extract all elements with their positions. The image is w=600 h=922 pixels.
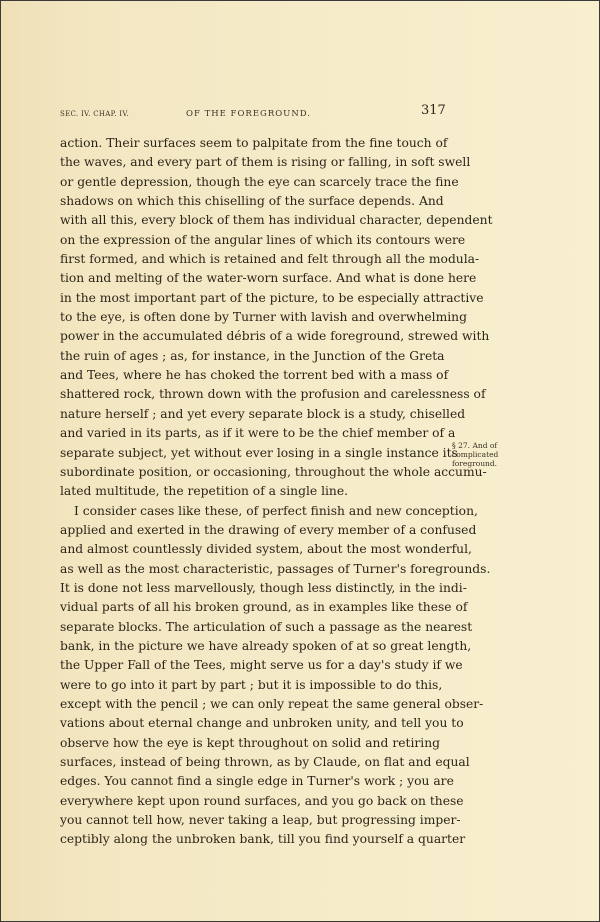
text-line: the waves, and every part of them is ris…: [60, 153, 440, 172]
margin-note-line: complicated: [452, 450, 542, 459]
text-line: shadows on which this chiselling of the …: [60, 192, 440, 211]
margin-note-line: § 27. And of: [452, 441, 542, 450]
page-number: 317: [421, 103, 446, 118]
text-line: the ruin of ages ; as, for instance, in …: [60, 347, 440, 366]
text-line: first formed, and which is retained and …: [60, 250, 440, 269]
text-line: edges. You cannot find a single edge in …: [60, 772, 440, 791]
running-head: SEC. IV. CHAP. IV. OF THE FOREGROUND. 31…: [60, 107, 440, 125]
text-line: and almost countlessly divided system, a…: [60, 540, 440, 559]
text-line: on the expression of the angular lines o…: [60, 231, 440, 250]
body-text: action. Their surfaces seem to palpitate…: [60, 134, 440, 850]
text-line: vidual parts of all his broken ground, a…: [60, 598, 440, 617]
text-line: ceptibly along the unbroken bank, till y…: [60, 830, 440, 849]
text-line: and varied in its parts, as if it were t…: [60, 424, 440, 443]
text-line: with all this, every block of them has i…: [60, 211, 440, 230]
chapter-title: OF THE FOREGROUND.: [186, 109, 311, 119]
text-line: lated multitude, the repetition of a sin…: [60, 482, 440, 501]
text-line: separate blocks. The articulation of suc…: [60, 618, 440, 637]
margin-note: § 27. And of complicated foreground.: [452, 441, 542, 468]
text-line: action. Their surfaces seem to palpitate…: [60, 134, 440, 153]
paragraph-1: action. Their surfaces seem to palpitate…: [60, 134, 440, 502]
text-line: or gentle depression, though the eye can…: [60, 173, 440, 192]
text-line: bank, in the picture we have already spo…: [60, 637, 440, 656]
text-line: you cannot tell how, never taking a leap…: [60, 811, 440, 830]
text-line: in the most important part of the pictur…: [60, 289, 440, 308]
text-line: power in the accumulated débris of a wid…: [60, 327, 440, 346]
text-line: except with the pencil ; we can only rep…: [60, 695, 440, 714]
book-page: SEC. IV. CHAP. IV. OF THE FOREGROUND. 31…: [0, 0, 600, 922]
paragraph-2: I consider cases like these, of perfect …: [60, 502, 440, 850]
text-line: tion and melting of the water-worn surfa…: [60, 269, 440, 288]
text-line: It is done not less marvellously, though…: [60, 579, 440, 598]
text-line: to the eye, is often done by Turner with…: [60, 308, 440, 327]
text-line: applied and exerted in the drawing of ev…: [60, 521, 440, 540]
text-line: nature herself ; and yet every separate …: [60, 405, 440, 424]
text-line: everywhere kept upon round surfaces, and…: [60, 792, 440, 811]
text-line: shattered rock, thrown down with the pro…: [60, 385, 440, 404]
text-line: as well as the most characteristic, pass…: [60, 560, 440, 579]
text-line: were to go into it part by part ; but it…: [60, 676, 440, 695]
margin-note-line: foreground.: [452, 459, 542, 468]
text-line: subordinate position, or occasioning, th…: [60, 463, 440, 482]
text-line: and Tees, where he has choked the torren…: [60, 366, 440, 385]
text-line: observe how the eye is kept throughout o…: [60, 734, 440, 753]
text-line: the Upper Fall of the Tees, might serve …: [60, 656, 440, 675]
text-line: vations about eternal change and unbroke…: [60, 714, 440, 733]
section-reference: SEC. IV. CHAP. IV.: [60, 110, 129, 118]
text-line: surfaces, instead of being thrown, as by…: [60, 753, 440, 772]
text-line: I consider cases like these, of perfect …: [60, 502, 440, 521]
text-line: separate subject, yet without ever losin…: [60, 444, 440, 463]
